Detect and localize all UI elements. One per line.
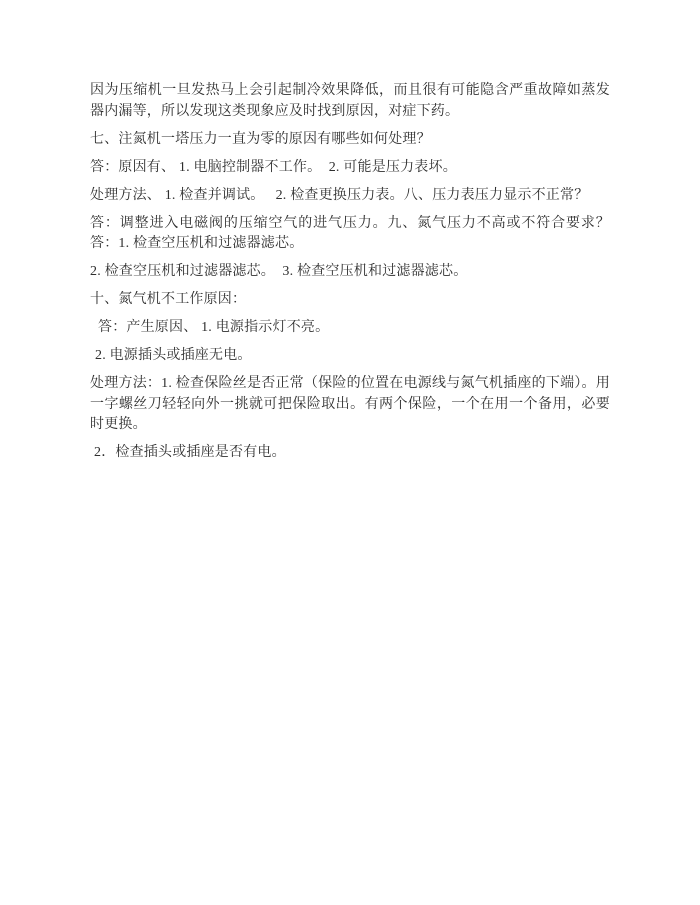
paragraph-q10-cause-1: 答：产生原因、 1. 电源指示灯不亮。 <box>90 318 610 339</box>
paragraph-q8-answer-q9-heading: 答：调整进入电磁阀的压缩空气的进气压力。九、氮气压力不高或不符合要求？答：1. … <box>90 214 610 255</box>
paragraph-q10-heading: 十、氮气机不工作原因： <box>90 290 610 311</box>
paragraph-q9-steps: 2. 检查空压机和过滤器滤芯。 3. 检查空压机和过滤器滤芯。 <box>90 262 610 283</box>
paragraph-q7-heading: 七、注氮机一塔压力一直为零的原因有哪些如何处理？ <box>90 130 610 151</box>
paragraph-q10-cause-2: 2. 电源插头或插座无电。 <box>90 346 610 367</box>
paragraph-q10-method-2: 2．检查插头或插座是否有电。 <box>90 443 610 464</box>
paragraph-q7-method-q8-heading: 处理方法、 1. 检查并调试。 2. 检查更换压力表。八、压力表压力显示不正常？ <box>90 186 610 207</box>
paragraph-q7-answer: 答：原因有、 1. 电脑控制器不工作。 2. 可能是压力表坏。 <box>90 158 610 179</box>
paragraph-compressor-intro: 因为压缩机一旦发热马上会引起制冷效果降低，而且很有可能隐含严重故障如蒸发器内漏等… <box>90 81 610 122</box>
paragraph-q10-method-1: 处理方法：1. 检查保险丝是否正常（保险的位置在电源线与氮气机插座的下端）。用一… <box>90 374 610 436</box>
document-page: 因为压缩机一旦发热马上会引起制冷效果降低，而且很有可能隐含严重故障如蒸发器内漏等… <box>0 0 700 905</box>
